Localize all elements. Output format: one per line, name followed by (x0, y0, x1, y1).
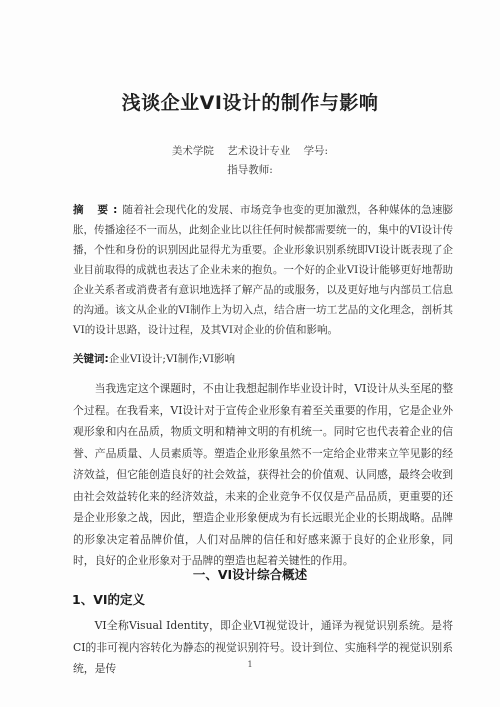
section-heading: 一、VI设计综合概述 (0, 565, 500, 583)
abstract-label: 摘 要: (73, 204, 122, 216)
college-name: 美术学院 (172, 145, 214, 157)
advisor-meta: 指导教师: (0, 162, 500, 177)
document-page: 浅谈企业VI设计的制作与影响 美术学院 艺术设计专业 学号: 指导教师: 摘 要… (0, 0, 500, 707)
abstract: 摘 要:随着社会现代化的发展、市场竞争也变的更加激烈，各种媒体的急速膨胀，传播途… (73, 200, 453, 340)
keywords-text: 企业VI设计;VI制作;VI影响 (109, 353, 235, 365)
author-meta: 美术学院 艺术设计专业 学号: (0, 143, 500, 158)
document-title: 浅谈企业VI设计的制作与影响 (0, 88, 500, 115)
keywords: 关键词:企业VI设计;VI制作;VI影响 (73, 349, 453, 369)
advisor-label: 指导教师: (227, 164, 273, 176)
student-id-label: 学号: (304, 145, 329, 157)
page-number: 1 (0, 660, 500, 669)
intro-paragraph: 当我选定这个课题时，不由让我想起制作毕业设计时，VI设计从头至尾的整个过程。在我… (73, 378, 453, 572)
major-name: 艺术设计专业 (227, 145, 290, 157)
definition-paragraph: VI全称Visual Identity，即企业VI视觉设计，通译为视觉识别系统。… (73, 615, 453, 680)
subsection-heading: 1、VI的定义 (72, 590, 145, 608)
keywords-label: 关键词: (73, 353, 109, 365)
abstract-text: 随着社会现代化的发展、市场竞争也变的更加激烈，各种媒体的急速膨胀，传播途径不一而… (73, 204, 453, 336)
